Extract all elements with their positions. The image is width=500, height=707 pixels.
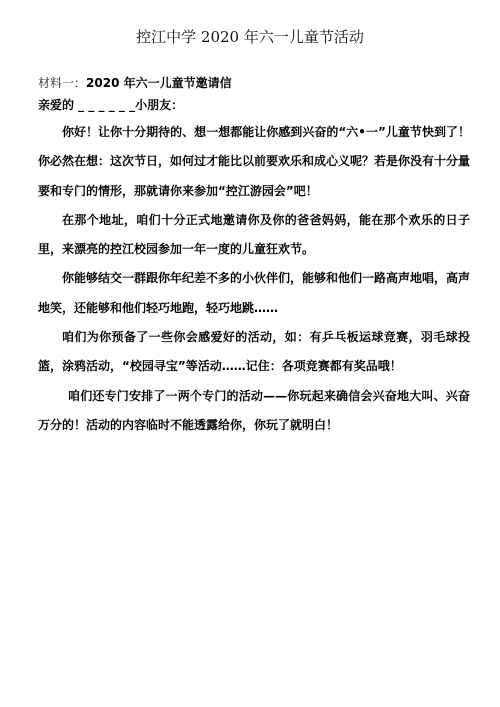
paragraph-1: 你好！让你十分期待的、想一想都能让你感到兴奋的“六•一”儿童节快到了！你必然在想… [38,118,470,206]
letter-greeting: 亲爱的 _ _ _ _ _ _小朋友： [38,96,183,113]
material-heading: 2020 年六一儿童节邀请信 [86,76,232,90]
paragraph-3: 你能够结交一群跟你年纪差不多的小伙伴们，能够和他们一路高声地唱，高声地笑，还能够… [38,264,470,323]
material-line: 材料一：2020 年六一儿童节邀请信 [38,74,232,91]
paragraph-5: 咱们还专门安排了一两个专门的活动——你玩起来确信会兴奋地大叫、兴奋万分的！活动的… [38,382,470,441]
paragraph-4: 咱们为你预备了一些你会感爱好的活动，如：有乒乓板运球竞赛，羽毛球投篮，涂鸦活动，… [38,323,470,382]
letter-body: 你好！让你十分期待的、想一想都能让你感到兴奋的“六•一”儿童节快到了！你必然在想… [38,118,470,440]
document-title: 控江中学 2020 年六一儿童节活动 [0,26,500,47]
paragraph-2: 在那个地址，咱们十分正式地邀请你及你的爸爸妈妈，能在那个欢乐的日子里，来漂亮的控… [38,206,470,265]
material-label: 材料一： [38,76,86,90]
